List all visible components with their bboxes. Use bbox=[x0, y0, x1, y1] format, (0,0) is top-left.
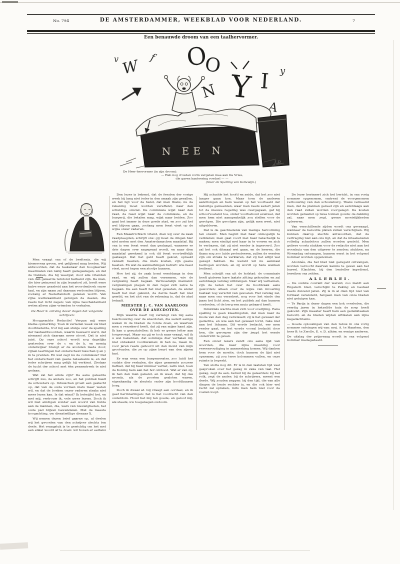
cartoon-svg: v f W O O N Y I A y bbox=[106, 44, 298, 169]
body-paragraph: De lezer herinnert zich het bericht, in … bbox=[287, 193, 369, 224]
body-paragraph: Een Maastrichtsch vriend, dien wij over … bbox=[112, 233, 193, 272]
masthead-title: DE AMSTERDAMMER, WEEKBLAD VOOR NEDERLAND… bbox=[27, 17, 375, 23]
body-column-1: Men vraagt ons of de beeltenis, die wij … bbox=[28, 193, 106, 431]
body-paragraph: Hooggeachte Redactie! Vergun mij eene kl… bbox=[28, 319, 106, 373]
cartoon-title: Een benauwde droom van een taalhervormer… bbox=[27, 35, 375, 40]
newspaper-page: No. 794 DE AMSTERDAMMER, WEEKBLAD VOOR N… bbox=[0, 0, 400, 564]
body-paragraph: Hoe het zij, de zaak komt eerstdaags in … bbox=[112, 272, 193, 303]
portrait-illustration bbox=[58, 200, 106, 254]
body-paragraph: Inmiddels wachte men zich voor overijlin… bbox=[199, 308, 280, 339]
body-paragraph: Wat zal het einde zijn? De eene geleerde… bbox=[28, 374, 106, 416]
cartoon-illustration: v f W O O N Y I A y bbox=[106, 44, 298, 169]
scan-artifact-right-edge bbox=[393, 40, 394, 510]
cartoon-letter-y2: y bbox=[279, 67, 286, 77]
margin-mark-right bbox=[377, 288, 386, 289]
allerlei-item: — Goede oplossingen van den rebus in ons… bbox=[287, 322, 369, 334]
allerlei-item: — De oudste courant der wereld, zoo meld… bbox=[287, 282, 369, 301]
letter-intro-line: De Heer S. ontving dezer dagen het volge… bbox=[28, 310, 106, 318]
section-end-rule bbox=[318, 345, 338, 346]
header-rule-top bbox=[27, 14, 375, 15]
body-paragraph: Er was eens een burgemeester, zoo luidt … bbox=[112, 357, 193, 388]
allerlei-heading: ALLERLEI. bbox=[287, 277, 369, 281]
column-rule-1 bbox=[109, 196, 110, 430]
article-heading-line-1: MEESTER J. C. VAN SAARLOOS bbox=[112, 304, 193, 308]
scan-artifact-top-line bbox=[0, 2, 400, 3]
bed-letters: N EE N bbox=[162, 146, 225, 158]
body-paragraph: Hij schudde het hoofd en zeide, dat het … bbox=[199, 193, 280, 228]
cartoon-letter-v: v bbox=[114, 55, 119, 64]
body-paragraph: Abonnés, die het blad niet geregeld ontv… bbox=[287, 260, 369, 275]
body-paragraph: Wij nemen dezen brief gaarne op, al deel… bbox=[28, 417, 106, 431]
artist-signature: J.B. bbox=[273, 160, 283, 166]
body-paragraph: Den lezer is bekend, dat de feesten der … bbox=[112, 193, 193, 232]
page-number: 7 bbox=[352, 19, 355, 24]
body-paragraph: Men vraagt ons of de beeltenis, die wij … bbox=[28, 258, 106, 308]
hatchet-icon bbox=[119, 84, 144, 105]
letter-y-arms bbox=[231, 61, 249, 69]
caption-credit: (Naar de Spelling van Kollewijn.) bbox=[106, 181, 298, 185]
body-column-4: De lezer herinnert zich het bericht, in … bbox=[287, 193, 369, 431]
body-column-3: Hij schudde het hoofd en zeide, dat het … bbox=[199, 193, 280, 431]
cartoon-letter-w: W bbox=[121, 56, 142, 78]
body-paragraph: Doch ik dwaal af. Gij vraagt een oordeel… bbox=[112, 389, 193, 404]
body-paragraph: Een onzer lezers zendt ons eene lijst va… bbox=[199, 340, 280, 363]
cartoon-letter-y: Y bbox=[228, 69, 254, 106]
cartoon-letter-o2: O bbox=[203, 53, 222, 77]
cartoon-caption: De Heer-hervormer (in zijn droom): — Heb… bbox=[106, 170, 298, 194]
scan-artifact-top-dash bbox=[2, 1, 18, 3]
column-rule-2 bbox=[196, 196, 197, 430]
body-paragraph: Dat is de geschiedenis van menige hervor… bbox=[199, 229, 280, 271]
header-rule-thin bbox=[27, 33, 375, 34]
allerlei-footer: De uitslag der prijsvraag wordt in ons v… bbox=[287, 335, 369, 343]
cartoon-letter-f: f bbox=[148, 52, 158, 65]
allerlei-item: — Te Parijs is dezer dagen een kok overl… bbox=[287, 302, 369, 321]
body-paragraph: Men schrijft ons uit de hofstad: de comm… bbox=[199, 272, 280, 307]
dreamer-figure bbox=[164, 75, 204, 113]
cartoon-letter-n: N bbox=[200, 81, 218, 102]
header-rule-thick bbox=[27, 30, 375, 32]
scan-artifact-bottom-smudge bbox=[0, 542, 28, 549]
column-rule-3 bbox=[284, 196, 285, 430]
body-paragraph: Mijn waarde neef! Gij verlangt van mij e… bbox=[112, 314, 193, 356]
body-paragraph: Ten slotte nog dit. Er is in den laatste… bbox=[199, 364, 280, 395]
cartoon-letter-i: I bbox=[260, 69, 270, 94]
scan-artifact-bottom-line bbox=[60, 550, 310, 551]
body-paragraph: Van verschillende zijden wordt ons gevra… bbox=[287, 225, 369, 260]
body-column-2: Den lezer is bekend, dat de feesten der … bbox=[112, 193, 193, 431]
header-row: No. 794 DE AMSTERDAMMER, WEEKBLAD VOOR N… bbox=[27, 16, 375, 30]
article-heading-line-2: OVER DE ANECDOTEN. bbox=[112, 309, 193, 313]
